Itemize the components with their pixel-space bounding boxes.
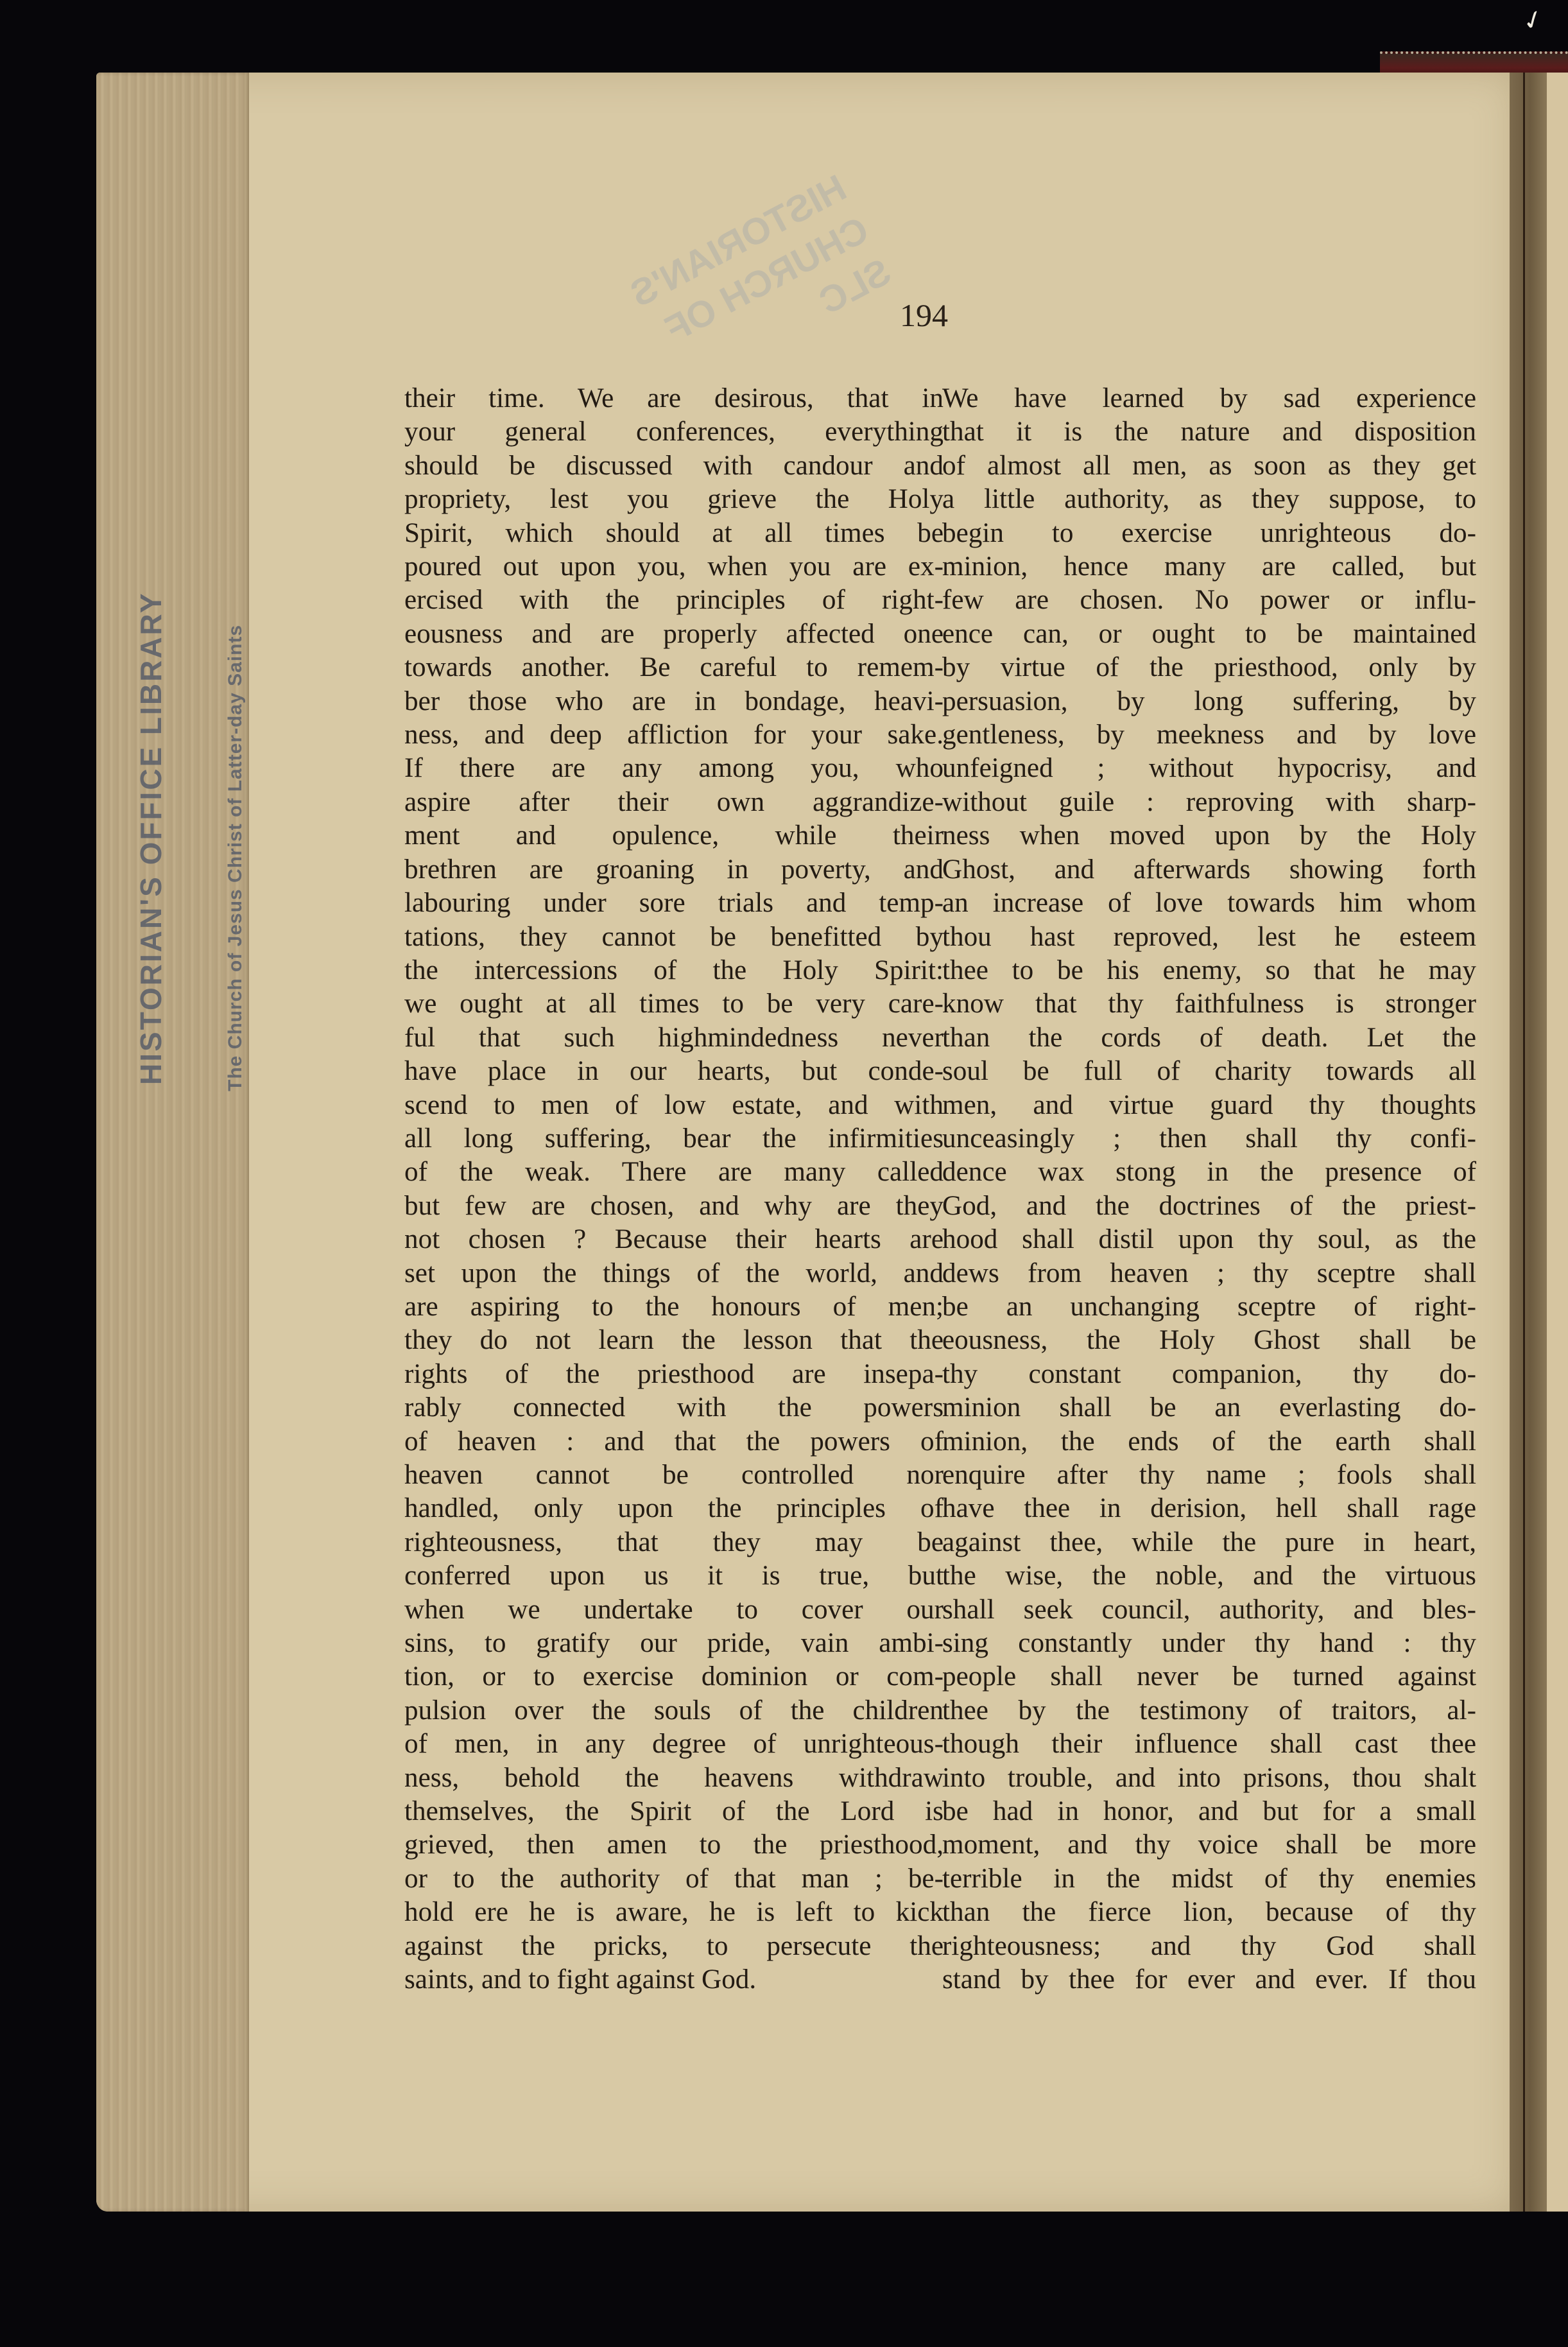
text-line: Spirit, which should at all times be bbox=[404, 517, 943, 550]
text-line: thy constant companion, thy do- bbox=[942, 1358, 1476, 1391]
text-line: few are chosen. No power or influ- bbox=[942, 584, 1476, 617]
text-line: ercised with the principles of right- bbox=[404, 584, 943, 617]
text-line: against thee, while the pure in heart, bbox=[942, 1526, 1476, 1559]
text-line: they do not learn the lesson that the bbox=[404, 1324, 943, 1357]
text-line: against the pricks, to persecute the bbox=[404, 1930, 943, 1963]
text-line: than the fierce lion, because of thy bbox=[942, 1896, 1476, 1929]
text-line: themselves, the Spirit of the Lord is bbox=[404, 1795, 943, 1828]
text-line: persuasion, by long suffering, by bbox=[942, 685, 1476, 718]
text-line: gentleness, by meekness and by love bbox=[942, 718, 1476, 752]
text-line: have place in our hearts, but conde- bbox=[404, 1055, 943, 1088]
text-line: handled, only upon the principles of bbox=[404, 1492, 943, 1525]
text-line: into trouble, and into prisons, thou sha… bbox=[942, 1762, 1476, 1795]
text-line: an increase of love towards him whom bbox=[942, 887, 1476, 920]
text-line: all long suffering, bear the infirmities bbox=[404, 1122, 943, 1156]
text-line: their time. We are desirous, that in bbox=[404, 382, 943, 415]
page-number: 194 bbox=[900, 297, 948, 334]
text-line: rights of the priesthood are insepa- bbox=[404, 1358, 943, 1391]
text-line: poured out upon you, when you are ex- bbox=[404, 550, 943, 584]
text-line: ness when moved upon by the Holy bbox=[942, 819, 1476, 853]
text-line: aspire after their own aggrandize- bbox=[404, 786, 943, 819]
text-line: thee by the testimony of traitors, al- bbox=[942, 1694, 1476, 1728]
text-line: tations, they cannot be benefitted by bbox=[404, 921, 943, 954]
text-line: minion shall be an everlasting do- bbox=[942, 1391, 1476, 1425]
text-line: when we undertake to cover our bbox=[404, 1593, 943, 1627]
text-line: that it is the nature and disposition bbox=[942, 415, 1476, 449]
text-line: minion, hence many are called, but bbox=[942, 550, 1476, 584]
text-line: thou hast reproved, lest he esteem bbox=[942, 921, 1476, 954]
text-line: scend to men of low estate, and with bbox=[404, 1089, 943, 1122]
text-line: God, and the doctrines of the priest- bbox=[942, 1190, 1476, 1223]
text-line: of men, in any degree of unrighteous- bbox=[404, 1728, 943, 1761]
text-line: though their influence shall cast thee bbox=[942, 1728, 1476, 1761]
text-line: should be discussed with candour and bbox=[404, 449, 943, 483]
text-line: ness, and deep affliction for your sake. bbox=[404, 718, 943, 752]
library-stamp-line1: HISTORIAN'S OFFICE LIBRARY bbox=[134, 591, 168, 1085]
text-line: propriety, lest you grieve the Holy bbox=[404, 483, 943, 516]
text-line: dence wax stong in the presence of bbox=[942, 1156, 1476, 1189]
text-line: unceasingly ; then shall thy confi- bbox=[942, 1122, 1476, 1156]
text-line: be an unchanging sceptre of right- bbox=[942, 1290, 1476, 1324]
text-line: moment, and thy voice shall be more bbox=[942, 1828, 1476, 1862]
text-line: know that thy faithfulness is stronger bbox=[942, 987, 1476, 1021]
text-line: by virtue of the priesthood, only by bbox=[942, 651, 1476, 684]
right-text-column: We have learned by sad experiencethat it… bbox=[942, 382, 1476, 1997]
book-gutter bbox=[1510, 73, 1547, 2212]
text-line: dews from heaven ; thy sceptre shall bbox=[942, 1257, 1476, 1290]
text-line: If there are any among you, who bbox=[404, 752, 943, 785]
corner-check-mark-icon: ✓ bbox=[1518, 3, 1549, 39]
left-text-column: their time. We are desirous, that inyour… bbox=[404, 382, 943, 1997]
text-line: unfeigned ; without hypocrisy, and bbox=[942, 752, 1476, 785]
text-line: righteousness, that they may be bbox=[404, 1526, 943, 1559]
text-line: or to the authority of that man ; be- bbox=[404, 1862, 943, 1896]
text-line: towards another. Be careful to remem- bbox=[404, 651, 943, 684]
text-line: terrible in the midst of thy enemies bbox=[942, 1862, 1476, 1896]
text-line: shall seek council, authority, and bles- bbox=[942, 1593, 1476, 1627]
text-line: not chosen ? Because their hearts are bbox=[404, 1223, 943, 1256]
text-line: ful that such highmindedness never bbox=[404, 1021, 943, 1055]
text-line: pulsion over the souls of the children bbox=[404, 1694, 943, 1728]
text-line: of heaven : and that the powers of bbox=[404, 1425, 943, 1459]
text-line: hood shall distil upon thy soul, as the bbox=[942, 1223, 1476, 1256]
library-stamp-line2: The Church of Jesus Christ of Latter-day… bbox=[225, 625, 246, 1091]
text-line: enquire after thy name ; fools shall bbox=[942, 1459, 1476, 1492]
text-line: saints, and to fight against God. bbox=[404, 1963, 943, 1996]
text-line: of the weak. There are many called bbox=[404, 1156, 943, 1189]
text-line: a little authority, as they suppose, to bbox=[942, 483, 1476, 516]
text-line: the wise, the noble, and the virtuous bbox=[942, 1559, 1476, 1593]
text-line: heaven cannot be controlled nor bbox=[404, 1459, 943, 1492]
text-line: the intercessions of the Holy Spirit: bbox=[404, 954, 943, 987]
text-line: ber those who are in bondage, heavi- bbox=[404, 685, 943, 718]
text-line: eousness, the Holy Ghost shall be bbox=[942, 1324, 1476, 1357]
text-line: set upon the things of the world, and bbox=[404, 1257, 943, 1290]
text-line: without guile : reproving with sharp- bbox=[942, 786, 1476, 819]
text-line: your general conferences, everything bbox=[404, 415, 943, 449]
text-line: brethren are groaning in poverty, and bbox=[404, 853, 943, 887]
text-line: righteousness; and thy God shall bbox=[942, 1930, 1476, 1963]
text-line: are aspiring to the honours of men; bbox=[404, 1290, 943, 1324]
text-line: thee to be his enemy, so that he may bbox=[942, 954, 1476, 987]
text-line: labouring under sore trials and temp- bbox=[404, 887, 943, 920]
text-line: grieved, then amen to the priesthood, bbox=[404, 1828, 943, 1862]
text-line: be had in honor, and but for a small bbox=[942, 1795, 1476, 1828]
gutter-crease bbox=[1523, 73, 1525, 2212]
text-line: We have learned by sad experience bbox=[942, 382, 1476, 415]
text-line: conferred upon us it is true, but bbox=[404, 1559, 943, 1593]
text-line: Ghost, and afterwards showing forth bbox=[942, 853, 1476, 887]
text-line: eousness and are properly affected one bbox=[404, 618, 943, 651]
text-line: people shall never be turned against bbox=[942, 1660, 1476, 1693]
text-line: of almost all men, as soon as they get bbox=[942, 449, 1476, 483]
text-line: ence can, or ought to be maintained bbox=[942, 618, 1476, 651]
text-line: men, and virtue guard thy thoughts bbox=[942, 1089, 1476, 1122]
text-line: tion, or to exercise dominion or com- bbox=[404, 1660, 943, 1693]
facing-page-sliver bbox=[1547, 73, 1568, 2212]
text-line: soul be full of charity towards all bbox=[942, 1055, 1476, 1088]
text-line: but few are chosen, and why are they bbox=[404, 1190, 943, 1223]
text-line: we ought at all times to be very care- bbox=[404, 987, 943, 1021]
text-line: sing constantly under thy hand : thy bbox=[942, 1627, 1476, 1660]
text-line: begin to exercise unrighteous do- bbox=[942, 517, 1476, 550]
text-line: have thee in derision, hell shall rage bbox=[942, 1492, 1476, 1525]
text-line: sins, to gratify our pride, vain ambi- bbox=[404, 1627, 943, 1660]
text-line: ment and opulence, while their bbox=[404, 819, 943, 853]
text-line: rably connected with the powers bbox=[404, 1391, 943, 1425]
text-line: stand by thee for ever and ever. If thou bbox=[942, 1963, 1476, 1996]
page-block-edge bbox=[96, 73, 249, 2212]
text-line: minion, the ends of the earth shall bbox=[942, 1425, 1476, 1459]
text-line: hold ere he is aware, he is left to kick bbox=[404, 1896, 943, 1929]
text-line: ness, behold the heavens withdraw bbox=[404, 1762, 943, 1795]
text-line: than the cords of death. Let the bbox=[942, 1021, 1476, 1055]
